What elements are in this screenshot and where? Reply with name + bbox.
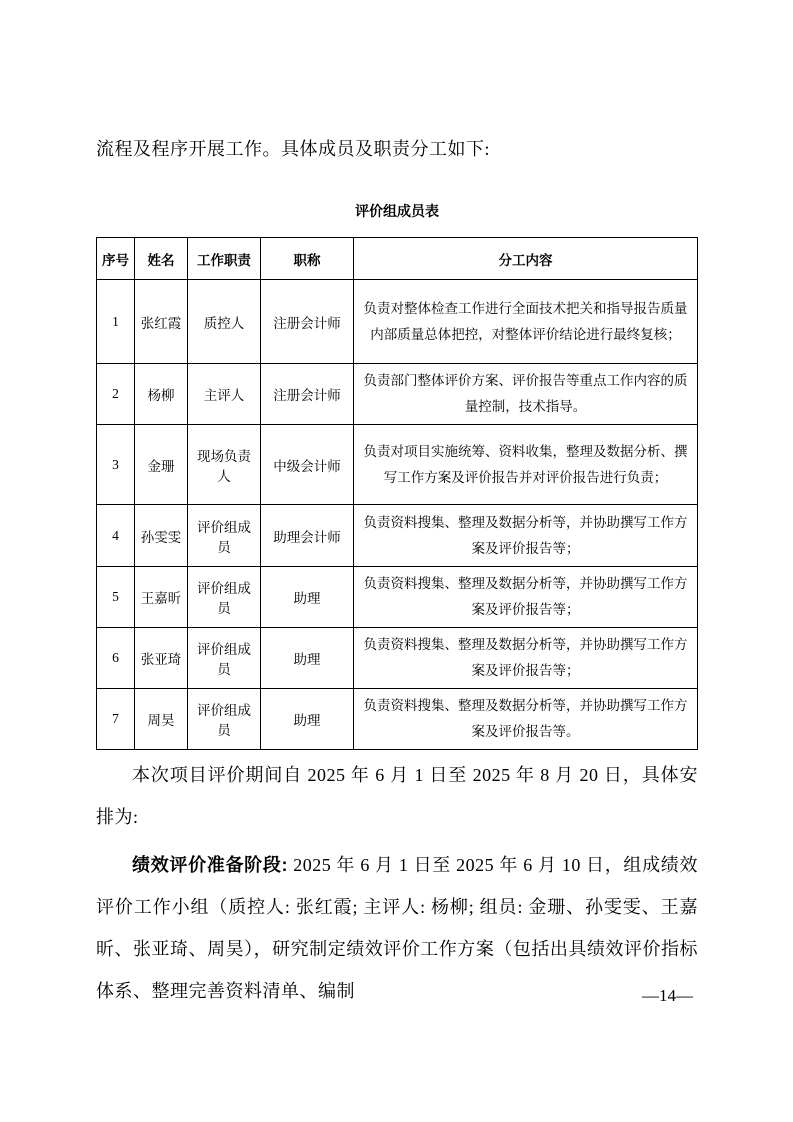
cell-no: 3 [97, 425, 135, 505]
cell-title: 助理 [261, 628, 354, 689]
table-row: 3 金珊 现场负责人 中级会计师 负责对项目实施统筹、资料收集，整理及数据分析、… [97, 425, 698, 505]
cell-duty: 负责部门整体评价方案、评价报告等重点工作内容的质量控制，技术指导。 [354, 364, 698, 425]
table-row: 7 周昊 评价组成员 助理 负责资料搜集、整理及数据分析等，并协助撰写工作方案及… [97, 689, 698, 750]
table-title: 评价组成员表 [96, 201, 698, 221]
cell-duty: 负责资料搜集、整理及数据分析等，并协助撰写工作方案及评价报告等； [354, 628, 698, 689]
cell-name: 金珊 [135, 425, 188, 505]
header-no: 序号 [97, 238, 135, 280]
page-content: 流程及程序开展工作。具体成员及职责分工如下: 评价组成员表 序号 姓名 工作职责… [96, 0, 698, 1012]
cell-duty: 负责对整体检查工作进行全面技术把关和指导报告质量内部质量总体把控，对整体评价结论… [354, 280, 698, 364]
table-row: 1 张红霞 质控人 注册会计师 负责对整体检查工作进行全面技术把关和指导报告质量… [97, 280, 698, 364]
cell-duty: 负责对项目实施统筹、资料收集，整理及数据分析、撰写工作方案及评价报告并对评价报告… [354, 425, 698, 505]
cell-role: 评价组成员 [188, 689, 261, 750]
header-title: 职称 [261, 238, 354, 280]
cell-title: 中级会计师 [261, 425, 354, 505]
cell-role: 评价组成员 [188, 628, 261, 689]
phase1-text: 2025 年 6 月 1 日至 2025 年 6 月 10 日，组成绩效评价工作… [96, 855, 698, 1001]
cell-role: 评价组成员 [188, 505, 261, 567]
header-name: 姓名 [135, 238, 188, 280]
cell-name: 周昊 [135, 689, 188, 750]
table-row: 5 王嘉昕 评价组成员 助理 负责资料搜集、整理及数据分析等，并协助撰写工作方案… [97, 567, 698, 628]
schedule-intro-paragraph: 本次项目评价期间自 2025 年 6 月 1 日至 2025 年 8 月 20 … [96, 754, 698, 838]
header-role: 工作职责 [188, 238, 261, 280]
cell-no: 2 [97, 364, 135, 425]
header-duty: 分工内容 [354, 238, 698, 280]
cell-name: 孙雯雯 [135, 505, 188, 567]
cell-role: 现场负责人 [188, 425, 261, 505]
cell-name: 杨柳 [135, 364, 188, 425]
cell-name: 王嘉昕 [135, 567, 188, 628]
cell-no: 1 [97, 280, 135, 364]
table-row: 2 杨柳 主评人 注册会计师 负责部门整体评价方案、评价报告等重点工作内容的质量… [97, 364, 698, 425]
cell-duty: 负责资料搜集、整理及数据分析等，并协助撰写工作方案及评价报告等； [354, 505, 698, 567]
cell-title: 助理 [261, 689, 354, 750]
cell-no: 7 [97, 689, 135, 750]
intro-paragraph: 流程及程序开展工作。具体成员及职责分工如下: [96, 137, 698, 161]
table-row: 4 孙雯雯 评价组成员 助理会计师 负责资料搜集、整理及数据分析等，并协助撰写工… [97, 505, 698, 567]
phase1-paragraph: 绩效评价准备阶段: 2025 年 6 月 1 日至 2025 年 6 月 10 … [96, 844, 698, 1012]
cell-title: 注册会计师 [261, 280, 354, 364]
cell-no: 6 [97, 628, 135, 689]
phase1-label: 绩效评价准备阶段: [132, 855, 288, 875]
table-row: 6 张亚琦 评价组成员 助理 负责资料搜集、整理及数据分析等，并协助撰写工作方案… [97, 628, 698, 689]
cell-name: 张亚琦 [135, 628, 188, 689]
cell-duty: 负责资料搜集、整理及数据分析等，并协助撰写工作方案及评价报告等； [354, 567, 698, 628]
cell-no: 4 [97, 505, 135, 567]
cell-role: 质控人 [188, 280, 261, 364]
table-header-row: 序号 姓名 工作职责 职称 分工内容 [97, 238, 698, 280]
cell-title: 助理 [261, 567, 354, 628]
members-table: 序号 姓名 工作职责 职称 分工内容 1 张红霞 质控人 注册会计师 负责对整体… [96, 237, 698, 750]
cell-duty: 负责资料搜集、整理及数据分析等，并协助撰写工作方案及评价报告等。 [354, 689, 698, 750]
document-page: 流程及程序开展工作。具体成员及职责分工如下: 评价组成员表 序号 姓名 工作职责… [0, 0, 793, 1122]
cell-no: 5 [97, 567, 135, 628]
page-number: —14— [642, 986, 693, 1006]
cell-name: 张红霞 [135, 280, 188, 364]
cell-role: 评价组成员 [188, 567, 261, 628]
cell-title: 注册会计师 [261, 364, 354, 425]
cell-title: 助理会计师 [261, 505, 354, 567]
cell-role: 主评人 [188, 364, 261, 425]
